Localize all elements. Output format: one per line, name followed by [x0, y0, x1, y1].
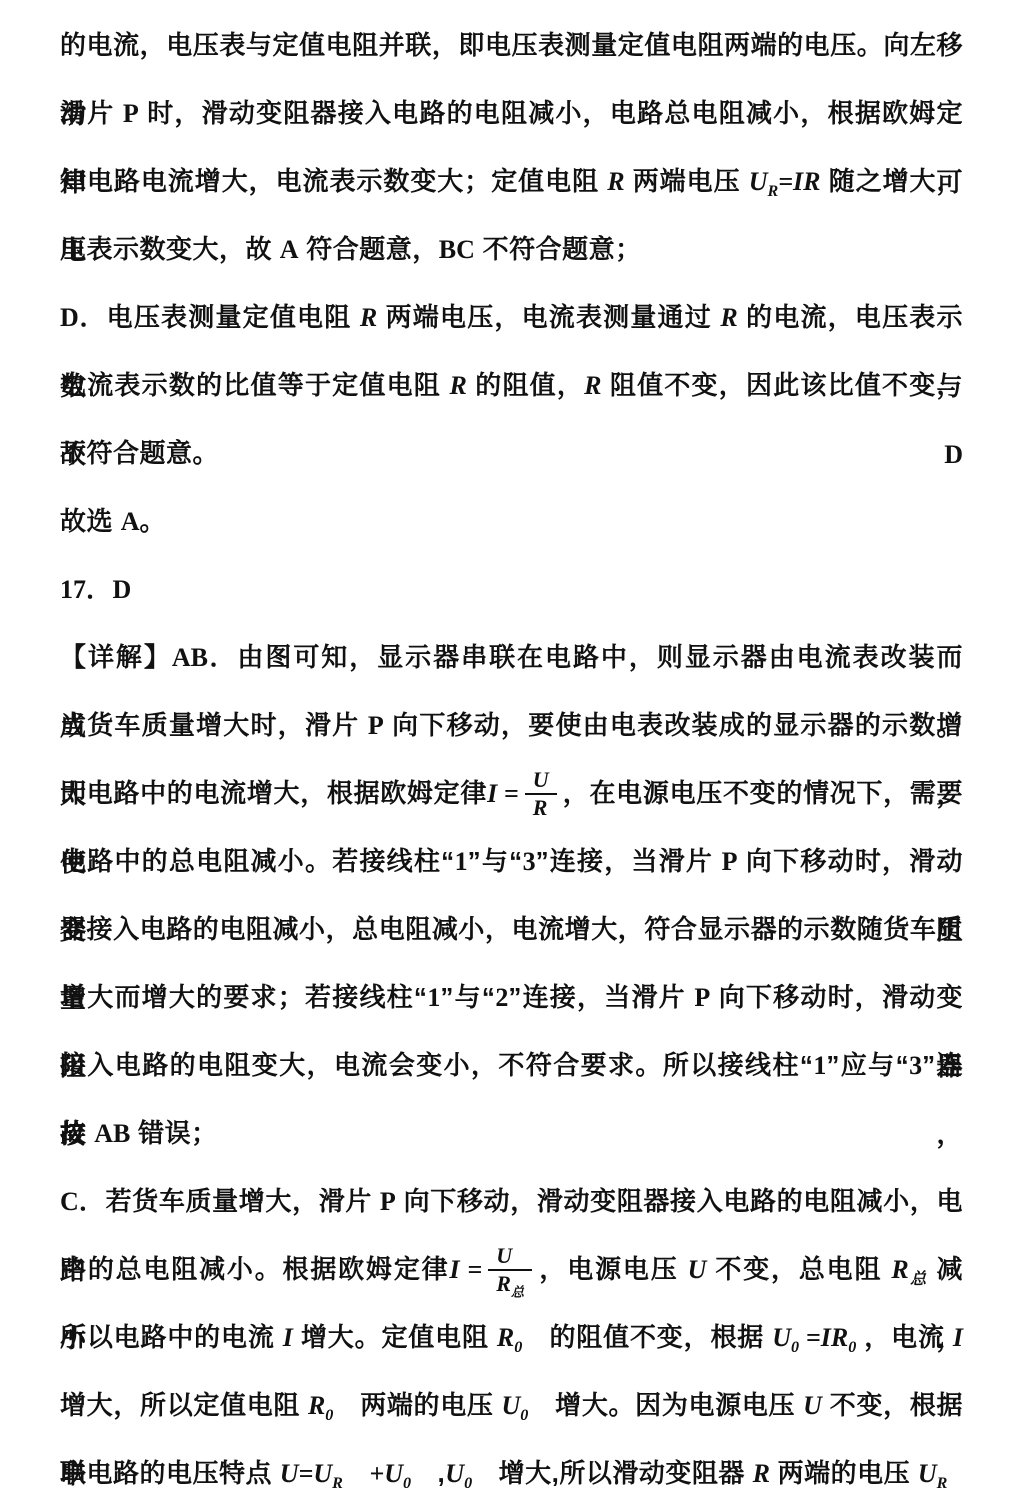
text-line: C．若货车质量增大，滑片 P 向下移动，滑动变阻器接入电路的电阻减小，电路 [60, 1167, 963, 1235]
text-line: 联电路的电压特点 U=UR +U0 ,U0 增大,所以滑动变阻器 R 两端的电压… [60, 1439, 963, 1507]
latin-label: P [380, 1187, 396, 1216]
variable: R [449, 371, 466, 400]
text-line: 当货车质量增大时，滑片 P 向下移动，要使由电表改装成的显示器的示数增大， [60, 691, 963, 759]
text-run: 增大，所以定值电阻 [60, 1390, 308, 1420]
text-line: 电流表示数的比值等于定值电阻 R 的阻值，R 阻值不变，因此该比值不变，故 D [60, 351, 963, 419]
text-run: ”与“ [440, 982, 495, 1012]
latin-label: A [280, 235, 299, 264]
text-run: 滑片 [60, 98, 123, 128]
variable: R [360, 303, 377, 332]
text-run: 不符合题意； [475, 234, 642, 264]
text-run: 电流表示数的比值等于定值电阻 [60, 370, 449, 400]
variable: U [688, 1255, 707, 1284]
fraction-numerator: U [488, 1244, 532, 1271]
text-run: 中的总电阻减小。根据欧姆定律 [60, 1254, 449, 1284]
text-line: 17．D [60, 555, 963, 623]
latin-label: A [121, 507, 140, 536]
text-run: ”连接，当滑片 [508, 982, 694, 1012]
variable: I = [487, 779, 519, 808]
variable: + [369, 1459, 384, 1488]
variable-with-subscript: U0 [384, 1459, 411, 1488]
latin-label: D [113, 575, 132, 604]
variable-subscript: R [332, 1475, 343, 1492]
fraction-denominator-subscript: 总 [511, 1284, 524, 1299]
text-run: ．若货车质量增大，滑片 [79, 1186, 380, 1216]
text-line: 滑片 P 时，滑动变阻器接入电路的电阻减小，电路总电阻减小，根据欧姆定律可 [60, 79, 963, 147]
text-run: 当货车质量增大时，滑片 [60, 710, 368, 740]
variable-with-subscript: UR [749, 167, 779, 196]
variable-with-subscript: UR [918, 1459, 948, 1488]
variable-with-subscript: R0 [831, 1323, 856, 1352]
latin-label: 3 [909, 1051, 922, 1080]
latin-label: 3 [523, 847, 536, 876]
variable: R [584, 371, 601, 400]
variable: U= [280, 1459, 314, 1488]
variable-subscript: 0 [791, 1339, 799, 1356]
text-run: 的阻值不变，根据 [522, 1322, 772, 1352]
text-run: ”与“ [468, 846, 523, 876]
text-run: ，电流 [856, 1322, 953, 1352]
document-page: 的电流，电压表与定值电阻并联，即电压表测量定值电阻两端的电压。向左移动滑片 P … [0, 0, 1023, 1510]
latin-label: C [60, 1187, 79, 1216]
text-line: 的电流，电压表与定值电阻并联，即电压表测量定值电阻两端的电压。向左移动 [60, 11, 963, 79]
latin-label: 1 [813, 1051, 826, 1080]
formula-fraction: UR [525, 768, 557, 820]
variable: R [720, 303, 737, 332]
variable-with-subscript: R0 [497, 1323, 522, 1352]
variable-subscript: R [767, 183, 778, 200]
variable: I [953, 1323, 963, 1352]
text-run: 【详解】 [60, 642, 172, 672]
variable-with-subscript: U0 [445, 1459, 472, 1488]
latin-label: 1 [427, 983, 440, 1012]
variable: =I [799, 1323, 831, 1352]
text-run: 两端的电压 [770, 1458, 918, 1488]
text-line: 所以电路中的电流 I 增大。定值电阻 R0 的阻值不变，根据 U0 =IR0 ，… [60, 1303, 963, 1371]
fraction-numerator: U [525, 768, 557, 795]
fraction-denominator: R总 [488, 1271, 532, 1296]
variable-subscript: 0 [464, 1475, 472, 1492]
text-run: 知电路电流增大，电流表示数变大；定值电阻 [60, 166, 607, 196]
text-line: 知电路电流增大，电流表示数变大；定值电阻 R 两端电压 UR=IR 随之增大，电 [60, 147, 963, 215]
text-run: 两端电压，电流表测量通过 [377, 302, 720, 332]
text-run: 增大而增大的要求；若接线柱“ [60, 982, 427, 1012]
text-line: 【详解】AB．由图可知，显示器串联在电路中，则显示器由电流表改装而成。 [60, 623, 963, 691]
text-line: 器接入电路的电阻减小，总电阻减小，电流增大，符合显示器的示数随货车质量 [60, 895, 963, 963]
text-run: , [411, 1458, 445, 1488]
latin-label: AB [94, 1119, 130, 1148]
latin-label: 2 [495, 983, 508, 1012]
text-run: 两端的电压 [333, 1390, 501, 1420]
latin-label: P [694, 983, 710, 1012]
text-run: ”连接，当滑片 [536, 846, 722, 876]
text-run: 所以电路中的电流 [60, 1322, 283, 1352]
variable-with-subscript: UR [313, 1459, 343, 1488]
latin-label: P [368, 711, 384, 740]
document-text-body: 的电流，电压表与定值电阻并联，即电压表测量定值电阻两端的电压。向左移动滑片 P … [60, 11, 963, 1507]
text-line: 增大，所以定值电阻 R0 两端的电压 U0 增大。因为电源电压 U 不变，根据串 [60, 1371, 963, 1439]
variable: I = [449, 1255, 482, 1284]
text-run: 接入电路的电阻变大，电流会变小，不符合要求。所以接线柱“ [60, 1050, 813, 1080]
text-run: 两端电压 [625, 166, 749, 196]
variable-with-subscript: R总 [891, 1255, 927, 1284]
variable-with-subscript: U0 [772, 1323, 799, 1352]
text-run: ”应与“ [826, 1050, 909, 1080]
latin-label: D [60, 303, 79, 332]
text-run: 不变，总电阻 [706, 1254, 891, 1284]
text-line: D．电压表测量定值电阻 R 两端电压，电流表测量通过 R 的电流，电压表示数与 [60, 283, 963, 351]
text-line: 电路中的总电阻减小。若接线柱“1”与“3”连接，当滑片 P 向下移动时，滑动变阻 [60, 827, 963, 895]
text-run [343, 1458, 370, 1488]
text-run: 不符合题意。 [60, 438, 219, 468]
variable-with-subscript: U0 [501, 1391, 528, 1420]
text-run: 压表示数变大，故 [60, 234, 280, 264]
variable: =IR [778, 167, 820, 196]
latin-label: 17 [60, 575, 86, 604]
text-run: 电路中的总电阻减小。若接线柱“ [60, 846, 455, 876]
text-line: 中的总电阻减小。根据欧姆定律I =UR总，电源电压 U 不变，总电阻 R总 减小… [60, 1235, 963, 1303]
text-run: 即电路中的电流增大，根据欧姆定律 [60, 778, 487, 808]
variable: R [753, 1459, 770, 1488]
text-run: 。 [140, 506, 167, 536]
latin-label: BC [439, 235, 475, 264]
text-run: 故 [60, 1118, 94, 1148]
latin-label: 1 [455, 847, 468, 876]
formula-fraction: UR总 [488, 1244, 532, 1296]
text-run: 故选 [60, 506, 121, 536]
text-run: 增大。定值电阻 [293, 1322, 497, 1352]
variable-subscript: 总 [909, 1271, 928, 1288]
text-line: 增大而增大的要求；若接线柱“1”与“2”连接，当滑片 P 向下移动时，滑动变阻器 [60, 963, 963, 1031]
text-run: 的阻值， [467, 370, 584, 400]
latin-label: AB [172, 643, 208, 672]
text-line: 故选 A。 [60, 487, 963, 555]
text-line: 接入电路的电阻变大，电流会变小，不符合要求。所以接线柱“1”应与“3”连接， [60, 1031, 963, 1099]
text-run: ． [86, 574, 113, 604]
variable-subscript: R [937, 1475, 948, 1492]
variable: U [803, 1391, 822, 1420]
text-line: 压表示数变大，故 A 符合题意，BC 不符合题意； [60, 215, 963, 283]
variable: R [607, 167, 624, 196]
variable-subscript: 0 [403, 1475, 411, 1492]
text-run: 符合题意， [299, 234, 439, 264]
text-run: ．电压表测量定值电阻 [79, 302, 360, 332]
text-run: 错误； [130, 1118, 217, 1148]
fraction-denominator: R [525, 795, 557, 820]
text-run: ，电源电压 [538, 1254, 687, 1284]
text-run: 联电路的电压特点 [60, 1458, 280, 1488]
text-run: 增大,所以滑动变阻器 [472, 1458, 752, 1488]
variable: I [283, 1323, 293, 1352]
latin-label: P [722, 847, 738, 876]
text-run: 增大。因为电源电压 [528, 1390, 803, 1420]
latin-label: P [123, 99, 139, 128]
text-line: 即电路中的电流增大，根据欧姆定律I =UR，在电源电压不变的情况下，需要使 [60, 759, 963, 827]
variable-with-subscript: R0 [308, 1391, 333, 1420]
latin-label: D [944, 440, 963, 469]
